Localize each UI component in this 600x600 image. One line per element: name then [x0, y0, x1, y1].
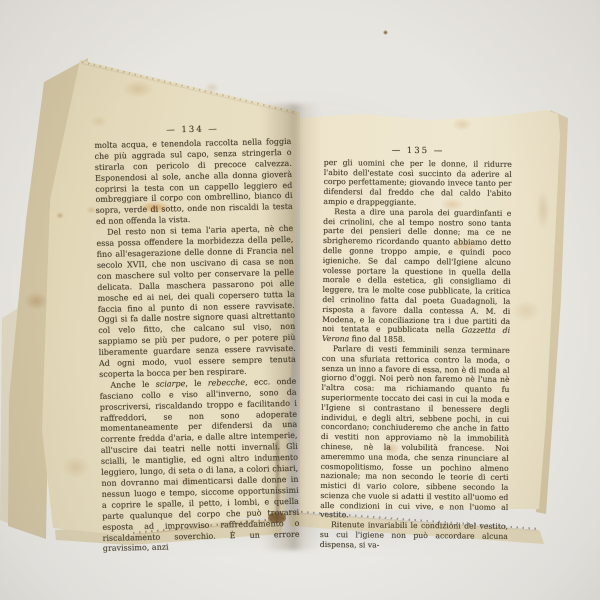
- paragraph: molta acqua, e tenendola raccolta nella …: [94, 137, 293, 228]
- paragraph: Parlare di vesti femminili senza termina…: [320, 344, 510, 522]
- foxing-stain: [452, 238, 480, 253]
- left-page-paragraphs: molta acqua, e tenendola raccolta nella …: [94, 137, 300, 555]
- paragraph: per gli uomini che per le donne, il ridu…: [323, 158, 512, 209]
- right-page-paragraphs: per gli uomini che per le donne, il ridu…: [320, 158, 512, 552]
- foxing-stain: [512, 300, 540, 322]
- right-page-number: — 135 —: [324, 146, 512, 158]
- foxing-stain: [204, 82, 220, 93]
- foxing-stain: [86, 206, 97, 214]
- foxing-stain: [536, 190, 550, 230]
- right-page-text: — 135 — per gli uomini che per le donne,…: [320, 146, 512, 552]
- paragraph: Ritenute invariabili le condizioni del v…: [320, 520, 508, 551]
- foxing-stain: [24, 292, 48, 310]
- foxing-stain: [56, 212, 64, 219]
- dust-speck: [383, 30, 388, 35]
- foxing-stain: [62, 456, 90, 478]
- foxing-stain: [452, 118, 472, 131]
- foxing-stain: [122, 80, 154, 98]
- foxing-stain: [140, 202, 170, 213]
- paragraph: Anche le sciarpe, le rebecche, ecc. onde…: [99, 377, 300, 556]
- photo-backdrop: — 134 — molta acqua, e tenendola raccolt…: [0, 0, 600, 600]
- foxing-stain: [90, 116, 108, 127]
- left-page-text: — 134 — molta acqua, e tenendola raccolt…: [94, 123, 300, 555]
- foxing-stain: [382, 442, 400, 455]
- paragraph: Del resto non si tema l'aria aperta, nè …: [96, 224, 296, 381]
- foxing-stain: [176, 472, 198, 488]
- paragraph: Resta a dire una parola dei guardinfanti…: [322, 207, 511, 346]
- foxing-stain: [440, 198, 464, 211]
